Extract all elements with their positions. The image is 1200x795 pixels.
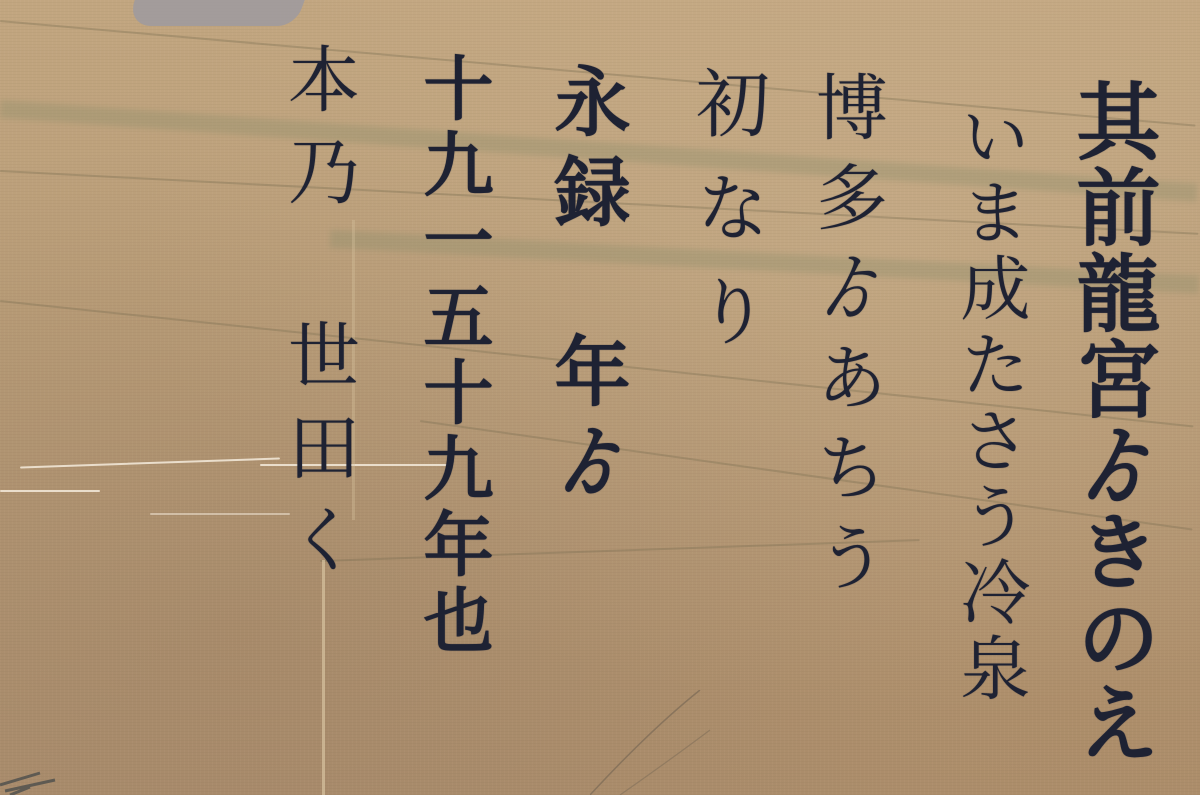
paper-seam <box>322 560 325 795</box>
text-column-6: 十九一五十九年也 <box>418 52 488 660</box>
text-column-7: 本乃 世田く <box>282 42 354 594</box>
paper-crack <box>0 490 100 492</box>
gray-mount-patch <box>125 0 304 26</box>
paper-crack <box>150 513 290 515</box>
text-column-3: 博多ゟあちう <box>810 70 882 610</box>
text-column-2: いま成たさう冷泉 <box>955 100 1025 708</box>
brush-strokes-fragment <box>0 755 120 795</box>
text-column-4: 初なり <box>690 65 764 377</box>
text-column-1: 其前龍宮ゟきのえ <box>1070 78 1154 766</box>
text-column-5: 永録 年ゟ <box>548 62 624 512</box>
faint-sketch-lines <box>590 690 730 795</box>
